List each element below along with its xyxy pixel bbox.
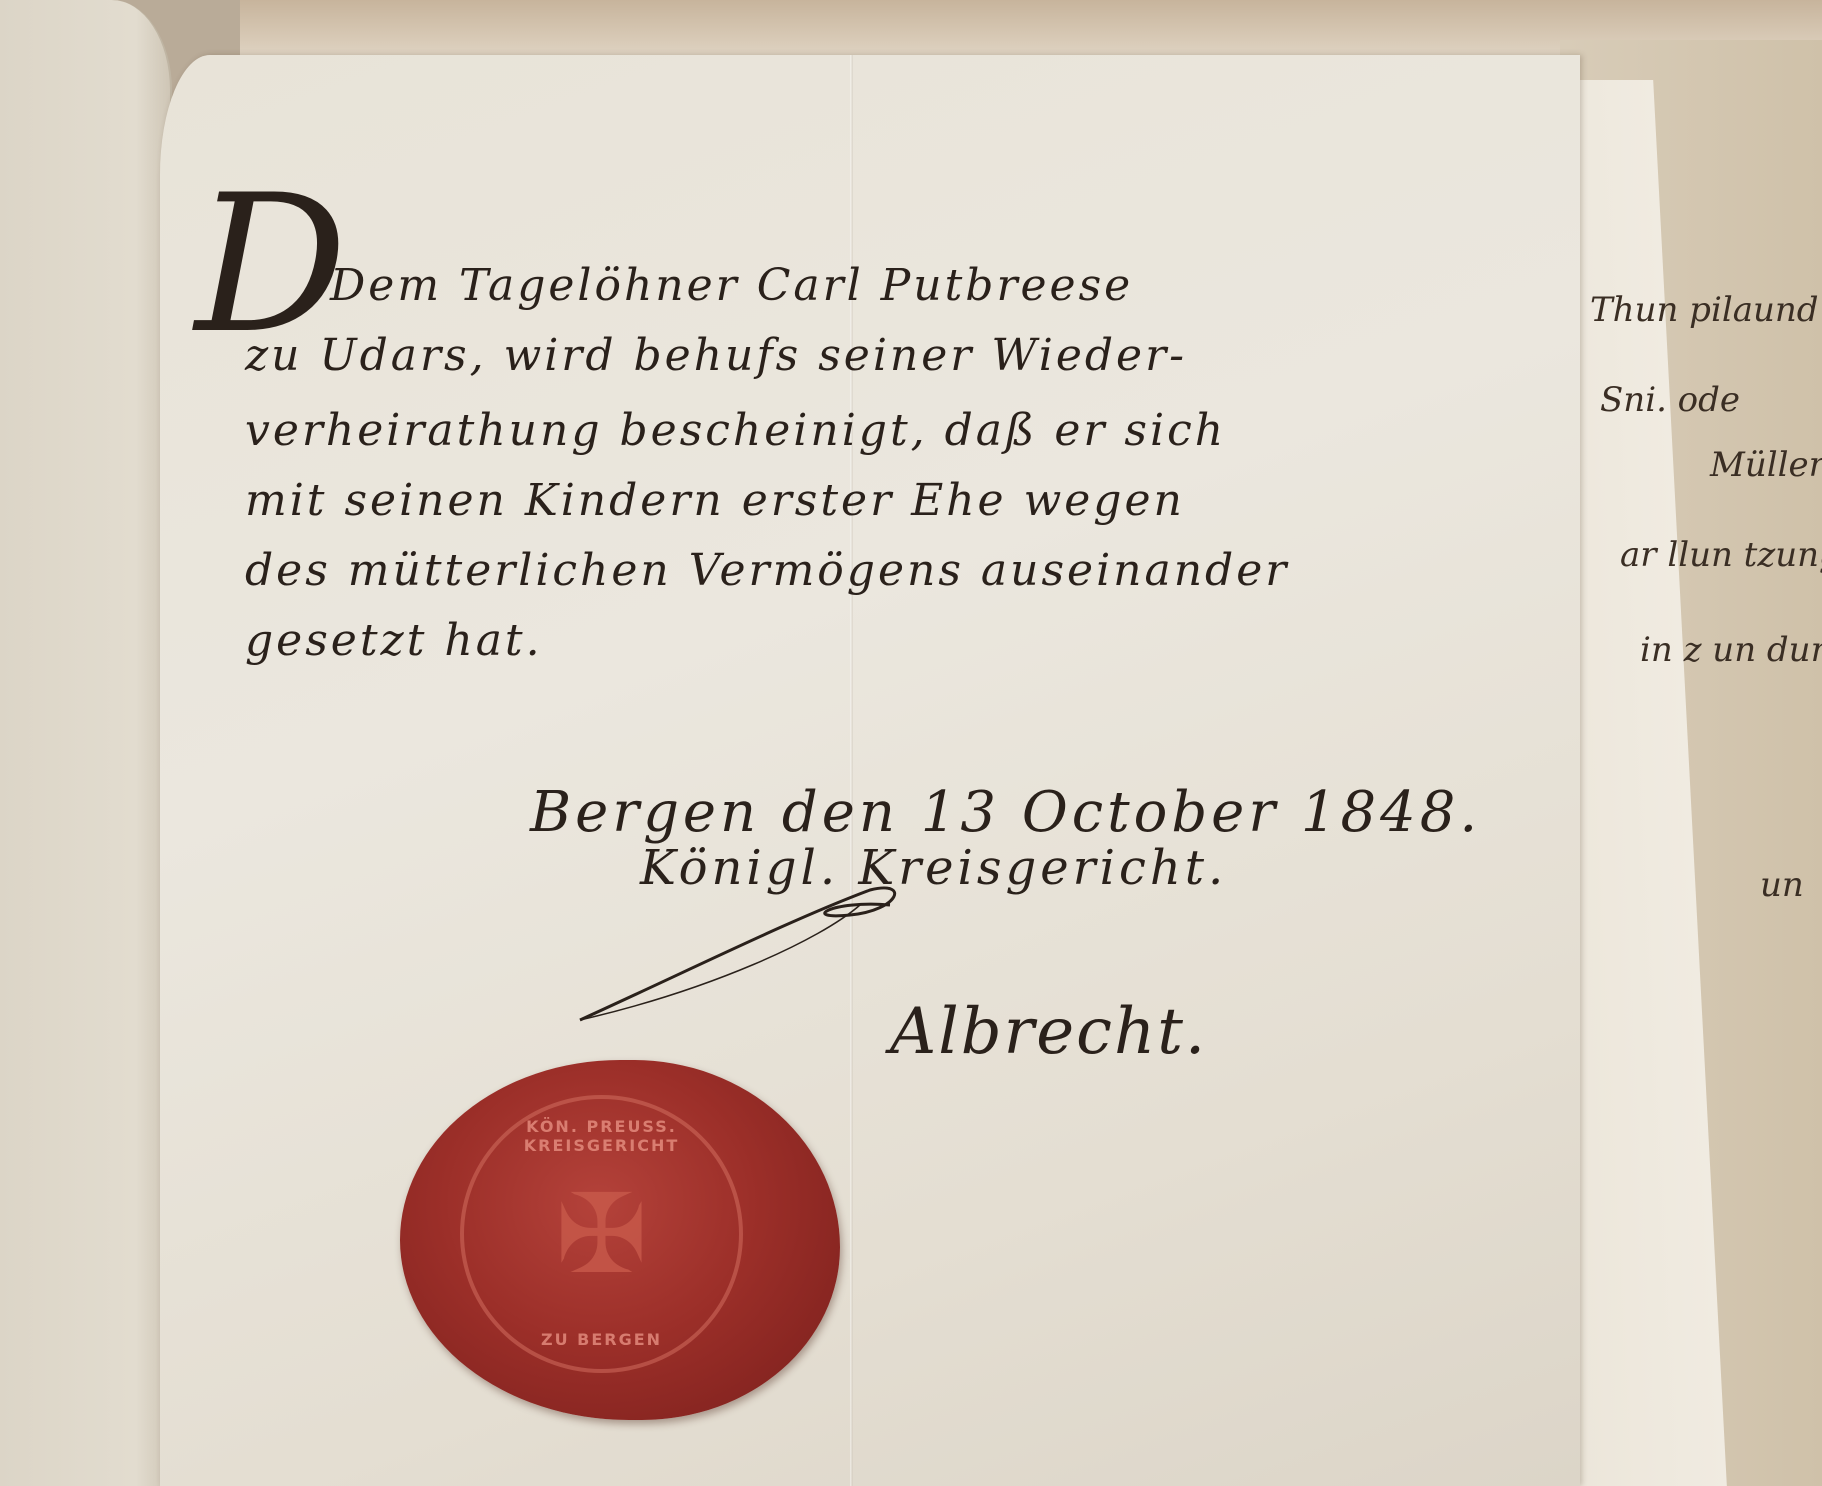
body-line-4: mit seinen Kindern erster Ehe wegen: [245, 475, 1185, 526]
body-line-6: gesetzt hat.: [245, 615, 543, 666]
background-sheet-text: Thun pilaund: [1590, 290, 1819, 330]
book-left-page: [0, 0, 172, 1486]
official-signature: Albrecht.: [890, 995, 1207, 1069]
body-line-2: zu Udars, wird behufs seiner Wieder-: [245, 330, 1187, 381]
background-sheet-text: in z un dunni: [1640, 630, 1822, 670]
wax-seal: KÖN. PREUSS. KREISGERICHT ✠ ZU BERGEN: [400, 1060, 840, 1420]
body-line-1: Dem Tagelöhner Carl Putbreese: [330, 260, 1133, 311]
background-sheet-text: ar llun tzung: [1620, 535, 1822, 575]
seal-inscription-top: KÖN. PREUSS. KREISGERICHT: [464, 1117, 739, 1155]
eagle-emblem-icon: ✠: [555, 1179, 647, 1289]
seal-inscription-bottom: ZU BERGEN: [464, 1330, 739, 1349]
body-line-3: verheirathung bescheinigt, daß er sich: [245, 405, 1226, 456]
seal-ring: KÖN. PREUSS. KREISGERICHT ✠ ZU BERGEN: [460, 1095, 743, 1373]
place-and-date: Bergen den 13 October 1848.: [530, 780, 1481, 845]
background-sheet-text: Müller: [1710, 445, 1822, 485]
background-sheet-text: Sni. ode: [1600, 380, 1740, 420]
background-sheet-text: un: [1760, 865, 1804, 905]
body-line-5: des mütterlichen Vermögens auseinander: [245, 545, 1289, 596]
